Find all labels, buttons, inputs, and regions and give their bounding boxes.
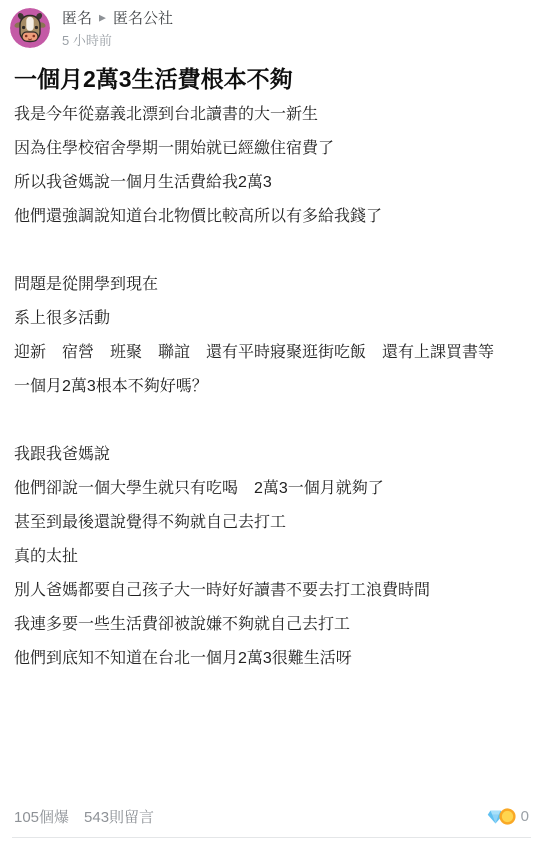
cow-face-avatar-icon bbox=[10, 8, 50, 48]
comment-count[interactable]: 543則留言 bbox=[84, 806, 154, 827]
header-text: 匿名 ▶ 匿名公社 5 小時前 bbox=[62, 7, 173, 49]
reaction-count[interactable]: 105個爆 bbox=[14, 806, 69, 827]
chevron-right-icon: ▶ bbox=[99, 14, 106, 23]
coin-icon bbox=[499, 808, 516, 825]
paragraph: 我跟我爸媽說 他們卻說一個大學生就只有吃喝 2萬3一個月就夠了 甚至到最後還說覺… bbox=[14, 438, 527, 676]
name-row: 匿名 ▶ 匿名公社 bbox=[62, 7, 173, 28]
post-stats: 105個爆 543則留言 bbox=[14, 806, 154, 827]
paragraph: 問題是從開學到現在 系上很多活動 迎新 宿營 班聚 聯誼 還有平時寢聚逛街吃飯 … bbox=[14, 268, 527, 404]
post-footer: 105個爆 543則留言 0 bbox=[0, 806, 543, 827]
timestamp: 5 小時前 bbox=[62, 30, 173, 49]
author-name[interactable]: 匿名 bbox=[62, 7, 92, 28]
post-title: 一個月2萬3生活費根本不夠 bbox=[14, 64, 527, 94]
avatar[interactable] bbox=[10, 8, 50, 48]
donation-count: 0 bbox=[521, 808, 529, 825]
community-name[interactable]: 匿名公社 bbox=[113, 7, 173, 28]
post-card: 匿名 ▶ 匿名公社 5 小時前 一個月2萬3生活費根本不夠 我是今年從嘉義北漂到… bbox=[0, 0, 543, 849]
divider bbox=[12, 837, 531, 838]
post-header: 匿名 ▶ 匿名公社 5 小時前 bbox=[0, 0, 543, 49]
paragraph: 我是今年從嘉義北漂到台北讀書的大一新生 因為住學校宿舍學期一開始就已經繳住宿費了… bbox=[14, 98, 527, 234]
post-body: 我是今年從嘉義北漂到台北讀書的大一新生 因為住學校宿舍學期一開始就已經繳住宿費了… bbox=[14, 98, 527, 676]
donation-stats[interactable]: 0 bbox=[487, 808, 529, 825]
